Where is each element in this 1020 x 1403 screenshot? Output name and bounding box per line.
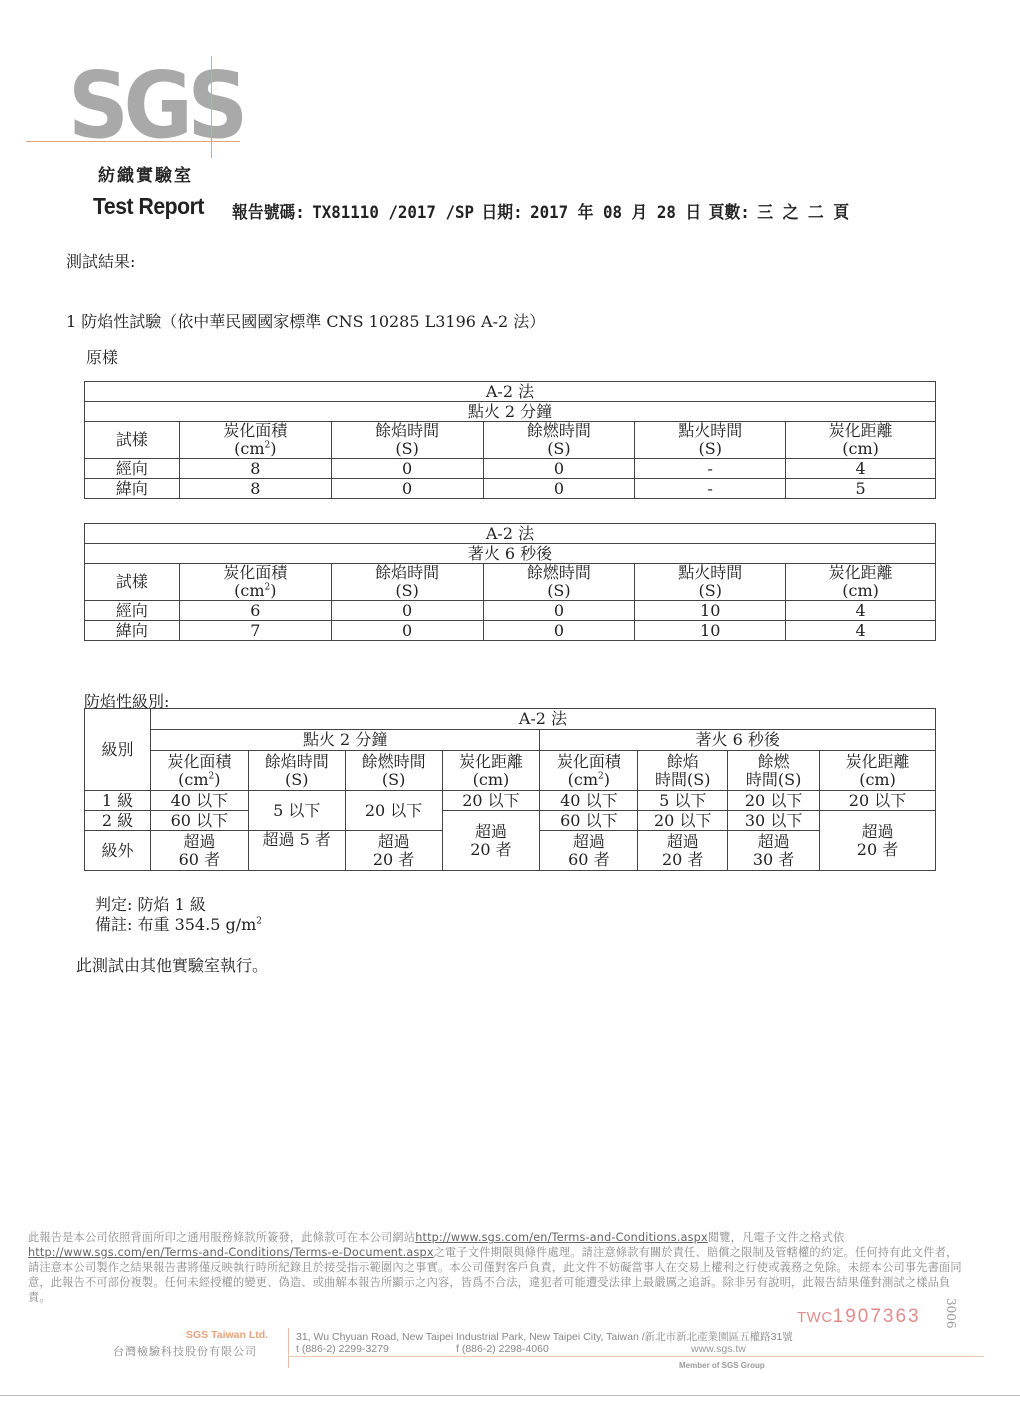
company-website[interactable]: www.sgs.tw xyxy=(691,1343,746,1355)
col-header-sample: 試樣 xyxy=(85,422,180,459)
g1-col-char-length: 炭化距離(cm) xyxy=(442,751,540,791)
col-header-afterflame: 餘焰時間(S) xyxy=(331,564,483,601)
method-header: A-2 法 xyxy=(150,709,935,730)
table-row: 經向600104 xyxy=(85,601,936,621)
g2-col-char-length: 炭化距離(cm) xyxy=(820,751,936,791)
group-header-after-6sec: 著火 6 秒後 xyxy=(540,730,936,751)
report-title: Test Report xyxy=(93,193,204,220)
serial-number: TWC1907363 xyxy=(797,1306,921,1328)
test-title: 1 防焰性試驗（依中華民國國家標準 CNS 10285 L3196 A-2 法） xyxy=(66,309,545,332)
col-header-char-length: 炭化距離(cm) xyxy=(786,564,936,601)
logo-divider-vertical xyxy=(211,56,212,158)
grade-header: 級別 xyxy=(85,709,151,791)
col-header-afterglow: 餘燃時間(S) xyxy=(483,564,635,601)
page-bottom-line xyxy=(0,1395,1020,1396)
company-phone: t (886-2) 2299-3279 xyxy=(296,1343,389,1355)
footer-divider-vertical xyxy=(288,1328,289,1368)
grade-row-2: 2 級 60 以下 超過20 者 60 以下 20 以下 30 以下 超過20 … xyxy=(85,811,936,831)
g1-col-afterflame: 餘焰時間(S) xyxy=(248,751,345,791)
external-lab-note: 此測試由其他實驗室執行。 xyxy=(76,953,268,976)
method-header: A-2 法 xyxy=(85,382,936,402)
footer-divider-horizontal xyxy=(288,1356,984,1357)
condition-header: 著火 6 秒後 xyxy=(85,544,936,564)
report-meta: 報告號碼:TX81110 /2017 /SP日期:2017 年 08 月 28 … xyxy=(232,198,857,223)
page-count: 三 之 二 頁 xyxy=(757,203,849,223)
sample-label: 原樣 xyxy=(86,345,118,368)
method-header: A-2 法 xyxy=(85,524,936,544)
column-headers: 試樣 炭化面積(cm2) 餘焰時間(S) 餘燃時間(S) 點火時間(S) 炭化距… xyxy=(85,564,936,601)
col-header-char-area: 炭化面積(cm2) xyxy=(179,422,331,459)
col-header-afterglow: 餘燃時間(S) xyxy=(483,422,635,459)
table-after-6sec: A-2 法 著火 6 秒後 試樣 炭化面積(cm2) 餘焰時間(S) 餘燃時間(… xyxy=(84,523,936,641)
company-name-cn: 台灣檢驗科技股份有限公司 xyxy=(113,1343,257,1359)
logo-divider-horizontal xyxy=(26,141,240,142)
remark: 備註: 布重 354.5 g/m2 xyxy=(95,912,262,935)
col-header-char-area: 炭化面積(cm2) xyxy=(179,564,331,601)
condition-header: 點火 2 分鐘 xyxy=(85,402,936,422)
e-document-terms-link[interactable]: http://www.sgs.com/en/Terms-and-Conditio… xyxy=(28,1246,434,1259)
table-row: 緯向800-5 xyxy=(85,479,936,499)
report-no: TX81110 /2017 /SP xyxy=(312,203,474,223)
member-of-sgs: Member of SGS Group xyxy=(679,1361,765,1370)
table-row: 緯向700104 xyxy=(85,621,936,641)
company-address: 31, Wu Chyuan Road, New Taipei Industria… xyxy=(296,1329,793,1344)
g2-col-afterflame: 餘焰時間(S) xyxy=(638,751,728,791)
col-header-sample: 試樣 xyxy=(85,564,180,601)
terms-link[interactable]: http://www.sgs.com/en/Terms-and-Conditio… xyxy=(415,1231,708,1244)
report-date: 2017 年 08 月 28 日 xyxy=(530,203,701,223)
side-number: 3006 xyxy=(944,1298,958,1329)
disclaimer: 此報告是本公司依照背面所印之通用服務條款所簽發，此條款可在本公司網站http:/… xyxy=(28,1230,963,1305)
col-header-afterflame: 餘焰時間(S) xyxy=(331,422,483,459)
group-header-ignition-2min: 點火 2 分鐘 xyxy=(150,730,540,751)
grade-row-1: 1 級 40 以下 5 以下 20 以下 20 以下 40 以下 5 以下 20… xyxy=(85,791,936,811)
col-header-char-length: 炭化距離(cm) xyxy=(786,422,936,459)
sgs-logo: SGS xyxy=(68,60,243,152)
g2-col-char-area: 炭化面積(cm2) xyxy=(540,751,638,791)
col-header-ignition-time: 點火時間(S) xyxy=(635,422,786,459)
lab-name: 紡織實驗室 xyxy=(98,161,193,186)
g1-col-afterglow: 餘燃時間(S) xyxy=(345,751,442,791)
g1-col-char-area: 炭化面積(cm2) xyxy=(150,751,248,791)
pages-label: 頁數: xyxy=(709,203,750,223)
date-label: 日期: xyxy=(481,203,522,223)
company-fax: f (886-2) 2298-4060 xyxy=(456,1343,549,1355)
col-header-ignition-time: 點火時間(S) xyxy=(635,564,786,601)
table-flame-grades: 級別 A-2 法 點火 2 分鐘 著火 6 秒後 炭化面積(cm2) 餘焰時間(… xyxy=(84,708,936,871)
report-no-label: 報告號碼: xyxy=(232,203,305,223)
results-label: 測試結果: xyxy=(66,249,135,272)
g2-col-afterglow: 餘燃時間(S) xyxy=(728,751,820,791)
table-row: 經向800-4 xyxy=(85,459,936,479)
company-name-en: SGS Taiwan Ltd. xyxy=(186,1329,268,1341)
column-headers: 試樣 炭化面積(cm2) 餘焰時間(S) 餘燃時間(S) 點火時間(S) 炭化距… xyxy=(85,422,936,459)
table-ignition-2min: A-2 法 點火 2 分鐘 試樣 炭化面積(cm2) 餘焰時間(S) 餘燃時間(… xyxy=(84,381,936,499)
